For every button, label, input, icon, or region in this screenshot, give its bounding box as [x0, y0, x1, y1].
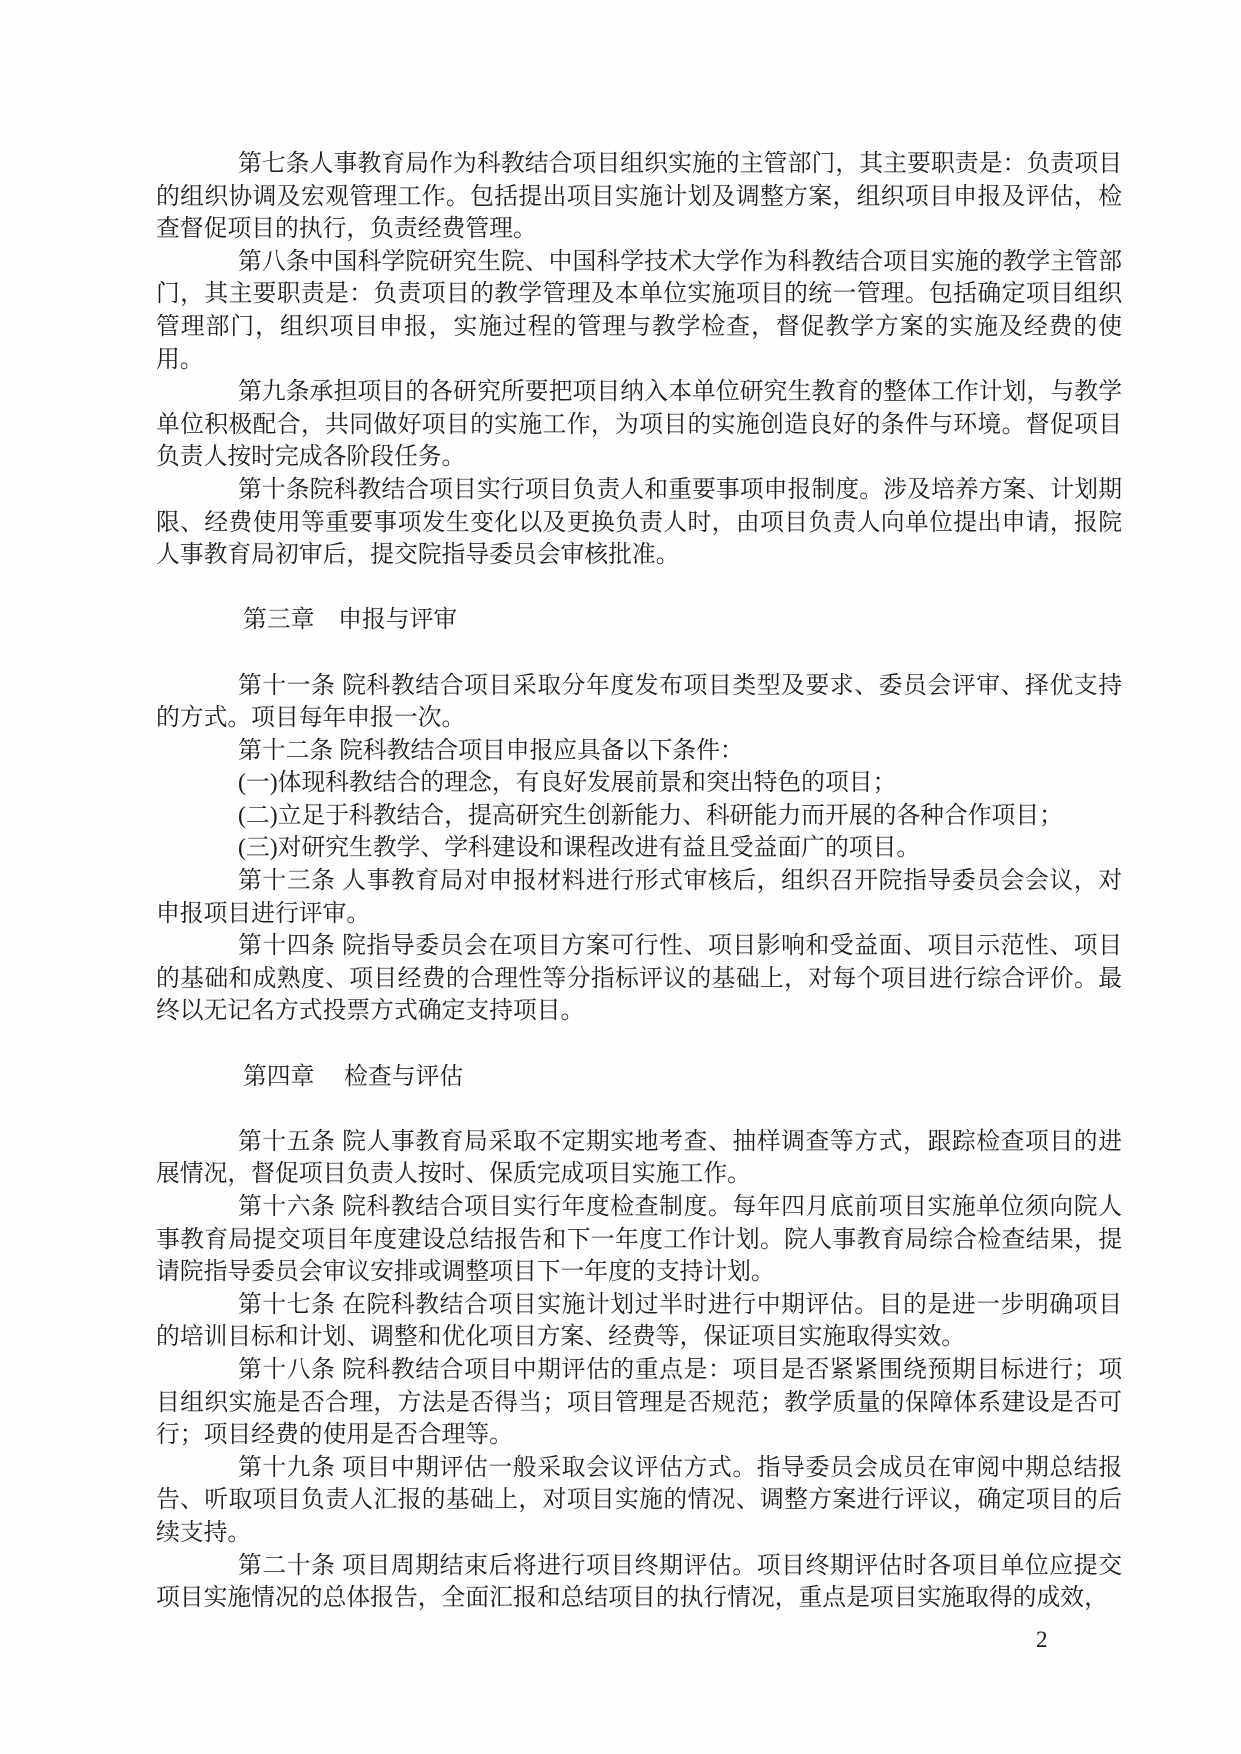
chapter-heading: 第四章 检查与评估	[156, 1061, 1122, 1094]
body-paragraph: 第八条中国科学院研究生院、中国科学技术大学作为科教结合项目实施的教学主管部门，其…	[156, 246, 1122, 376]
body-paragraph: 第十八条 院科教结合项目中期评估的重点是：项目是否紧紧围绕预期目标进行；项目组织…	[156, 1354, 1122, 1452]
document-content: 第七条人事教育局作为科教结合项目组织实施的主管部门，其主要职责是：负责项目的组织…	[156, 148, 1122, 1615]
body-paragraph: 第十一条 院科教结合项目采取分年度发布项目类型及要求、委员会评审、择优支持的方式…	[156, 670, 1122, 735]
body-paragraph: 第十六条 院科教结合项目实行年度检查制度。每年四月底前项目实施单位须向院人事教育…	[156, 1191, 1122, 1289]
body-paragraph: 第十七条 在院科教结合项目实施计划过半时进行中期评估。目的是进一步明确项目的培训…	[156, 1289, 1122, 1354]
body-paragraph: (三)对研究生教学、学科建设和课程改进有益且受益面广的项目。	[156, 832, 1122, 865]
body-paragraph: (一)体现科教结合的理念，有良好发展前景和突出特色的项目；	[156, 767, 1122, 800]
body-paragraph: (二)立足于科教结合，提高研究生创新能力、科研能力而开展的各种合作项目；	[156, 800, 1122, 833]
body-paragraph: 第九条承担项目的各研究所要把项目纳入本单位研究生教育的整体工作计划，与教学单位积…	[156, 376, 1122, 474]
body-paragraph: 第十二条 院科教结合项目申报应具备以下条件：	[156, 735, 1122, 768]
page-number: 2	[1036, 1625, 1048, 1655]
document-page: 第七条人事教育局作为科教结合项目组织实施的主管部门，其主要职责是：负责项目的组织…	[0, 0, 1241, 1754]
body-paragraph: 第十三条 人事教育局对申报材料进行形式审核后，组织召开院指导委员会会议，对申报项…	[156, 865, 1122, 930]
body-paragraph: 第十条院科教结合项目实行项目负责人和重要事项申报制度。涉及培养方案、计划期限、经…	[156, 474, 1122, 572]
chapter-heading: 第三章 申报与评审	[156, 604, 1122, 637]
body-paragraph: 第十九条 项目中期评估一般采取会议评估方式。指导委员会成员在审阅中期总结报告、听…	[156, 1452, 1122, 1550]
body-paragraph: 第二十条 项目周期结束后将进行项目终期评估。项目终期评估时各项目单位应提交项目实…	[156, 1550, 1122, 1615]
body-paragraph: 第十五条 院人事教育局采取不定期实地考查、抽样调查等方式，跟踪检查项目的进展情况…	[156, 1126, 1122, 1191]
body-paragraph: 第七条人事教育局作为科教结合项目组织实施的主管部门，其主要职责是：负责项目的组织…	[156, 148, 1122, 246]
body-paragraph: 第十四条 院指导委员会在项目方案可行性、项目影响和受益面、项目示范性、项目的基础…	[156, 930, 1122, 1028]
